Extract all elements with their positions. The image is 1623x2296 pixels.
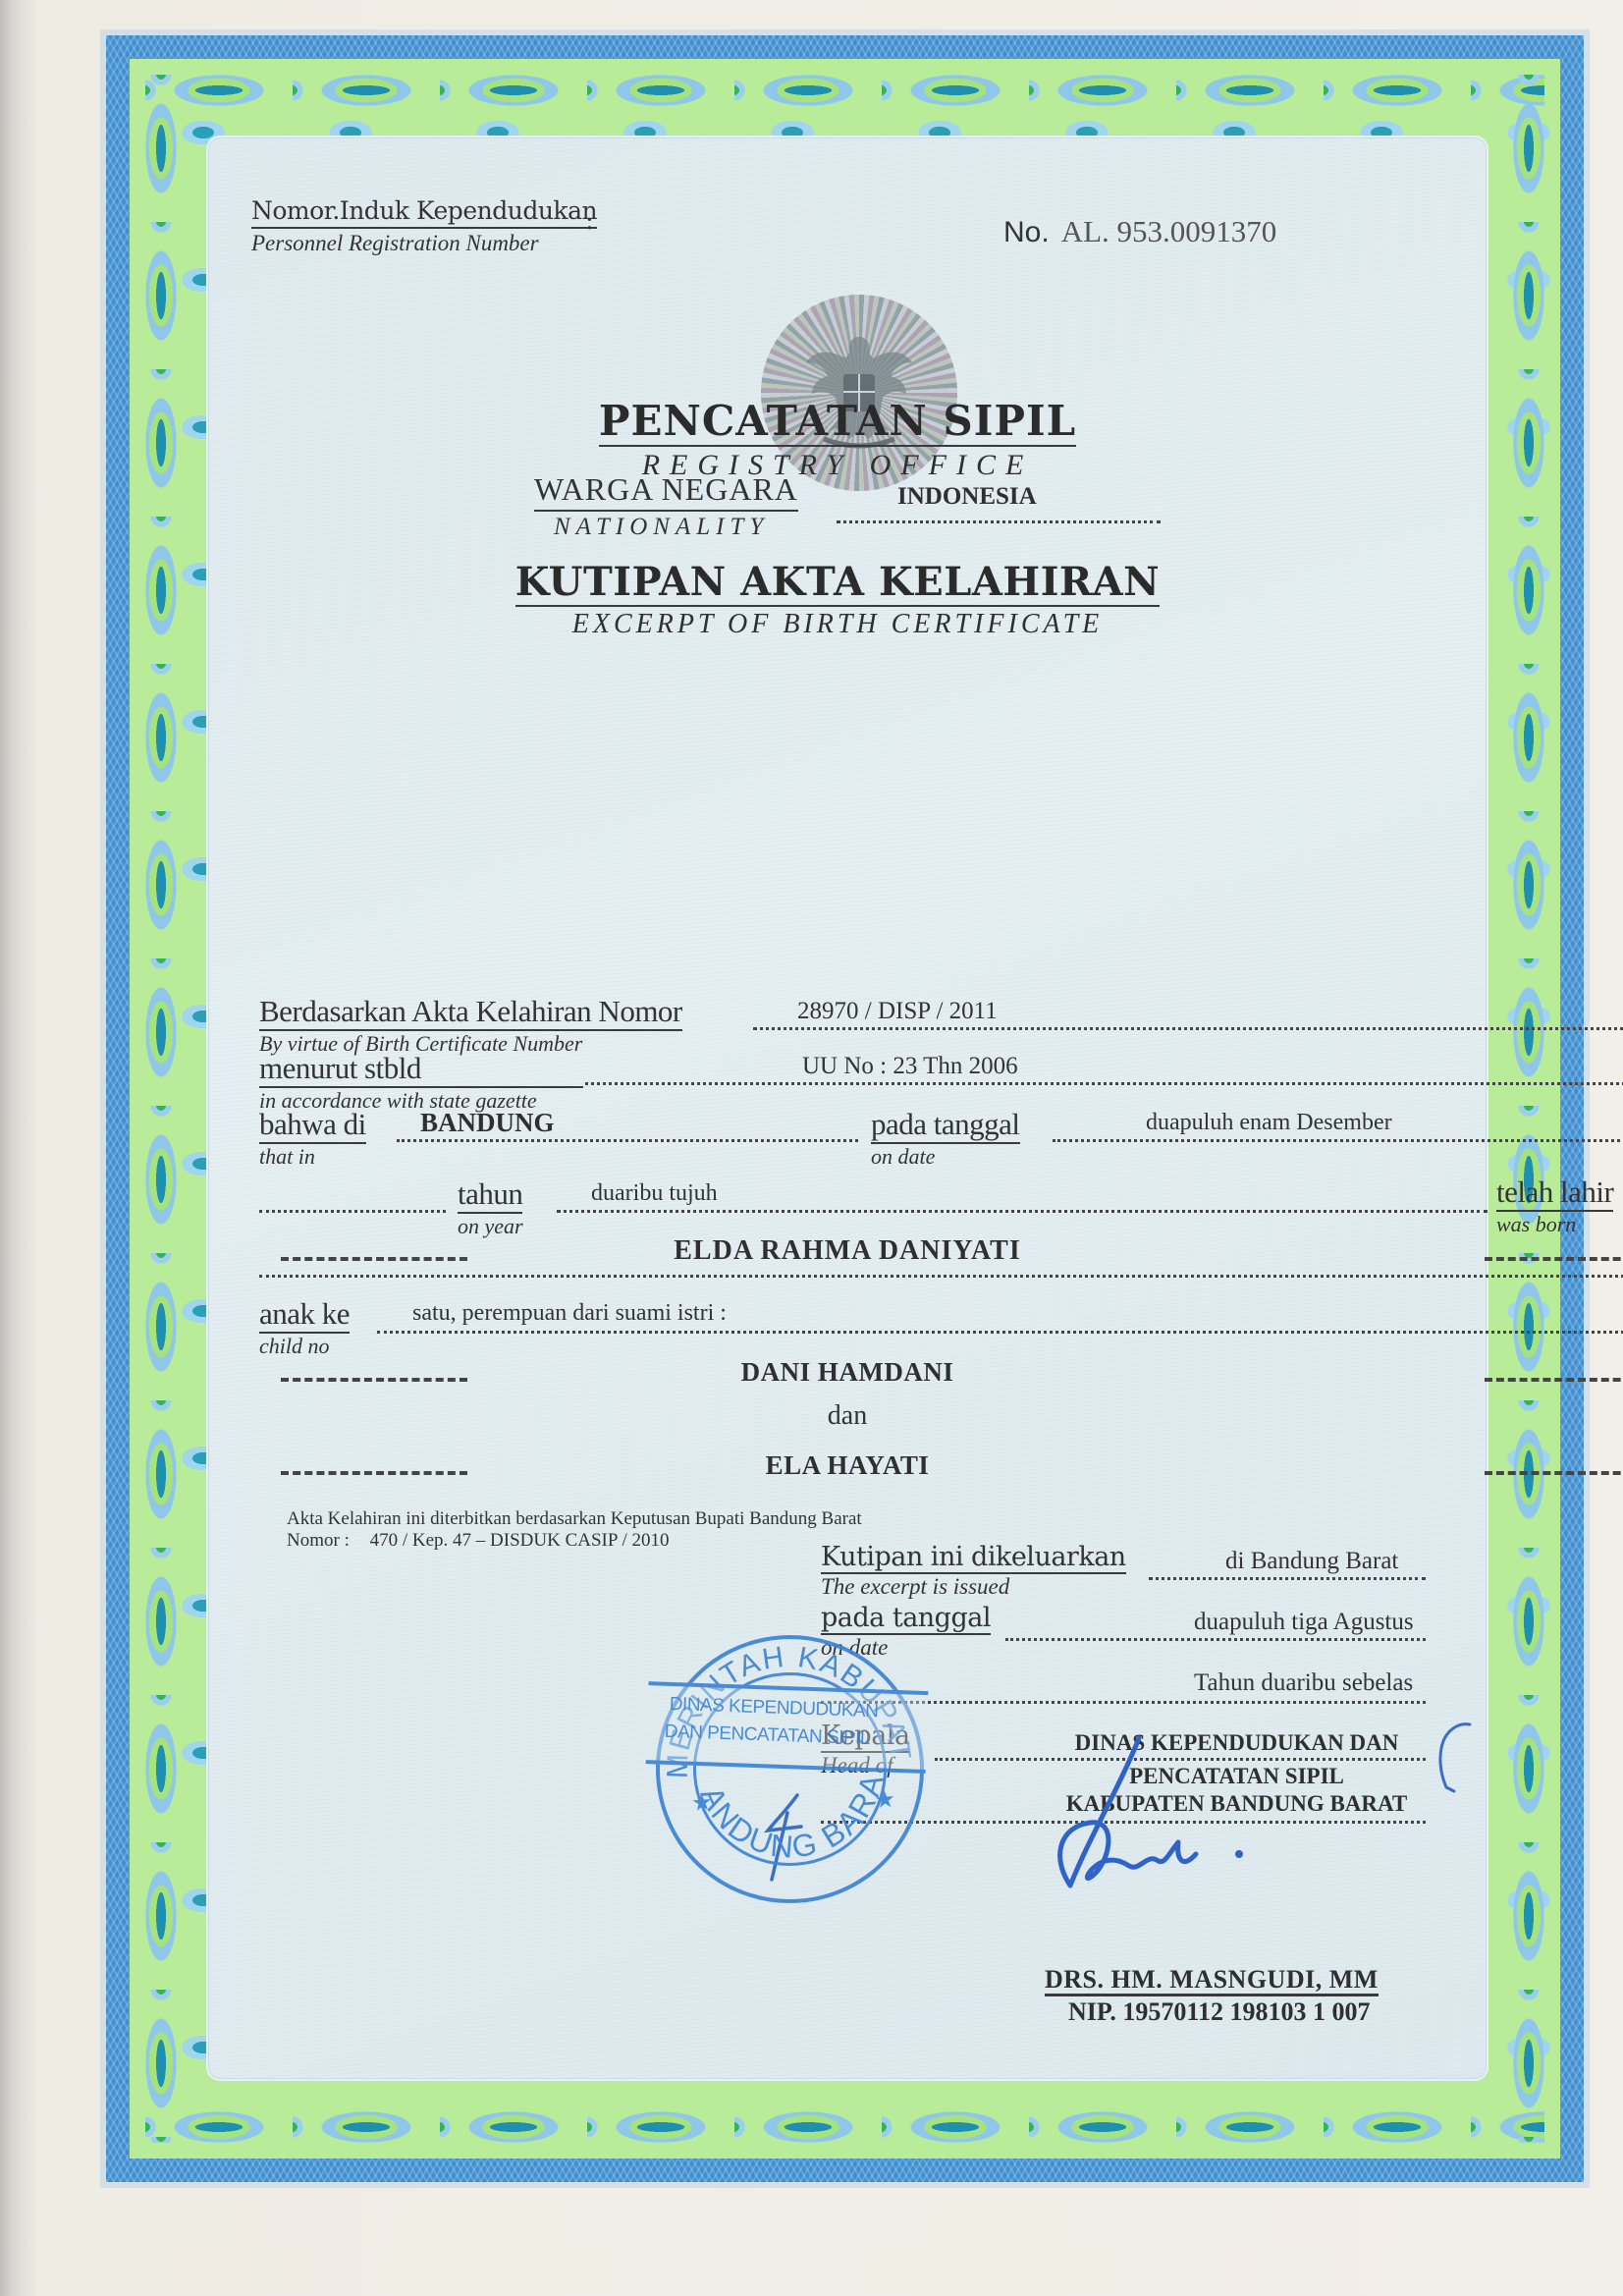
nik-colon: :: [585, 206, 593, 236]
serial-number: AL. 953.0091370: [1061, 214, 1277, 248]
child-name-dash-right: [1485, 1257, 1623, 1261]
nationality-value-text: INDONESIA: [897, 483, 1037, 511]
year-left-dotted-line: [259, 1210, 446, 1213]
handwritten-bracket-mark: [1431, 1719, 1489, 1797]
issued-label-block: Kutipan ini dikeluarkan The excerpt is i…: [821, 1542, 1126, 1600]
year-label-block: tahun on year: [458, 1176, 523, 1239]
born-label: telah lahir: [1496, 1175, 1613, 1212]
cert-number-label-block: Berdasarkan Akta Kelahiran Nomor By virt…: [259, 994, 682, 1057]
gazette-value: UU No : 23 Thn 2006: [802, 1053, 1018, 1080]
born-label-en: was born: [1496, 1212, 1613, 1237]
issued-year-value: Tahun duaribu sebelas: [1194, 1669, 1413, 1697]
child-no-label: anak ke: [259, 1296, 350, 1334]
nik-label-block: Nomor.Induk Kependudukan : Personnel Reg…: [251, 196, 597, 256]
stamp-center-band: DINAS KEPENDUDUKAN DAN PENCATATAN SIPIL: [646, 1681, 929, 1774]
gazette-label: menurut stbld: [259, 1051, 583, 1088]
signature: [1031, 1728, 1325, 1925]
place-dotted-line: [397, 1139, 858, 1142]
mother-dash-right: [1485, 1471, 1623, 1475]
child-no-dotted-line: [377, 1331, 1623, 1334]
nationality-row: WARGA NEGARA NATIONALITY: [534, 471, 798, 541]
document-title-block: KUTIPAN AKTA KELAHIRAN EXCERPT OF BIRTH …: [208, 560, 1487, 640]
year-label: tahun: [458, 1176, 522, 1214]
child-no-label-en: child no: [259, 1334, 350, 1359]
cert-number-label: Berdasarkan Akta Kelahiran Nomor: [259, 994, 682, 1031]
nationality-label-en: NATIONALITY: [554, 514, 798, 541]
decree-number-row: Nomor : 470 / Kep. 47 – DISDUK CASIP / 2…: [287, 1530, 862, 1552]
date-label-en: on date: [871, 1144, 1020, 1170]
cert-number-text: 28970 / DISP / 2011: [797, 998, 998, 1024]
stamp-center-line1: DINAS KEPENDUDUKAN: [669, 1694, 878, 1722]
official-stamp: PEMERINTAH KABUPATEN BANDUNG BARAT ★ ★ D…: [647, 1626, 933, 1912]
conjunction-dan: dan: [208, 1400, 1487, 1432]
issued-place-dotted-line: [1149, 1577, 1426, 1580]
nik-label: Nomor.Induk Kependudukan: [251, 196, 597, 229]
child-no-label-block: anak ke child no: [259, 1296, 350, 1359]
child-name-dotted-line: [259, 1275, 1623, 1278]
issued-place: di Bandung Barat: [1225, 1548, 1398, 1575]
cert-number-value: 28970 / DISP / 2011: [797, 998, 998, 1025]
issued-date-value: duapuluh tiga Agustus: [1194, 1609, 1414, 1636]
nationality-label: WARGA NEGARA: [534, 471, 798, 512]
gazette-dotted-line: [585, 1082, 1623, 1085]
svg-text:★: ★: [873, 1785, 895, 1814]
title-block: PENCATATAN SIPIL REGISTRY OFFICE: [208, 398, 1487, 482]
born-label-block: telah lahir : was born: [1496, 1175, 1613, 1237]
place-value: BANDUNG: [420, 1108, 555, 1138]
nationality-dotted-line: [837, 520, 1161, 523]
child-name: ELDA RAHMA DANIYATI: [208, 1235, 1487, 1267]
father-name: DANI HAMDANI: [208, 1357, 1487, 1388]
decree-number-label: Nomor :: [287, 1530, 350, 1551]
date-label-block: pada tanggal on date: [871, 1107, 1020, 1170]
father-dash-right: [1485, 1378, 1623, 1382]
place-label: bahwa di: [259, 1107, 366, 1144]
official-name: DRS. HM. MASNGUDI, MM: [1045, 1966, 1379, 1996]
place-label-en: that in: [259, 1144, 366, 1170]
date-value: duapuluh enam Desember: [1146, 1110, 1392, 1136]
issued-label: Kutipan ini dikeluarkan: [821, 1542, 1126, 1574]
decree-line: Akta Kelahiran ini diterbitkan berdasark…: [287, 1508, 862, 1530]
issued-label-en: The excerpt is issued: [821, 1574, 1126, 1600]
year-value: duaribu tujuh: [591, 1180, 718, 1207]
office-title: PENCATATAN SIPIL: [599, 398, 1076, 447]
serial-prefix: No.: [1003, 216, 1050, 248]
decree-note: Akta Kelahiran ini diterbitkan berdasark…: [287, 1508, 862, 1552]
official-nip: NIP. 19570112 198103 1 007: [1068, 1997, 1370, 2027]
cert-number-dotted-line: [753, 1027, 1623, 1030]
gazette-label-block: menurut stbld in accordance with state g…: [259, 1051, 583, 1114]
svg-text:★: ★: [690, 1788, 713, 1817]
issued-date-dotted-line: [1005, 1638, 1426, 1641]
mother-name: ELA HAYATI: [208, 1450, 1487, 1481]
document-title: KUTIPAN AKTA KELAHIRAN: [515, 560, 1161, 607]
place-label-block: bahwa di that in: [259, 1107, 366, 1170]
year-dotted-line: [557, 1210, 1488, 1213]
date-label: pada tanggal: [871, 1107, 1020, 1144]
stamp-center-line2: DAN PENCATATAN SIPIL: [664, 1722, 870, 1750]
document-title-en: EXCERPT OF BIRTH CERTIFICATE: [515, 609, 1161, 640]
decree-number-value: 470 / Kep. 47 – DISDUK CASIP / 2010: [370, 1530, 670, 1551]
child-no-value: satu, perempuan dari suami istri :: [412, 1300, 727, 1327]
date-dotted-line: [1053, 1139, 1623, 1142]
serial-number-block: No. AL. 953.0091370: [1003, 214, 1276, 249]
nik-label-en: Personnel Registration Number: [251, 231, 597, 256]
